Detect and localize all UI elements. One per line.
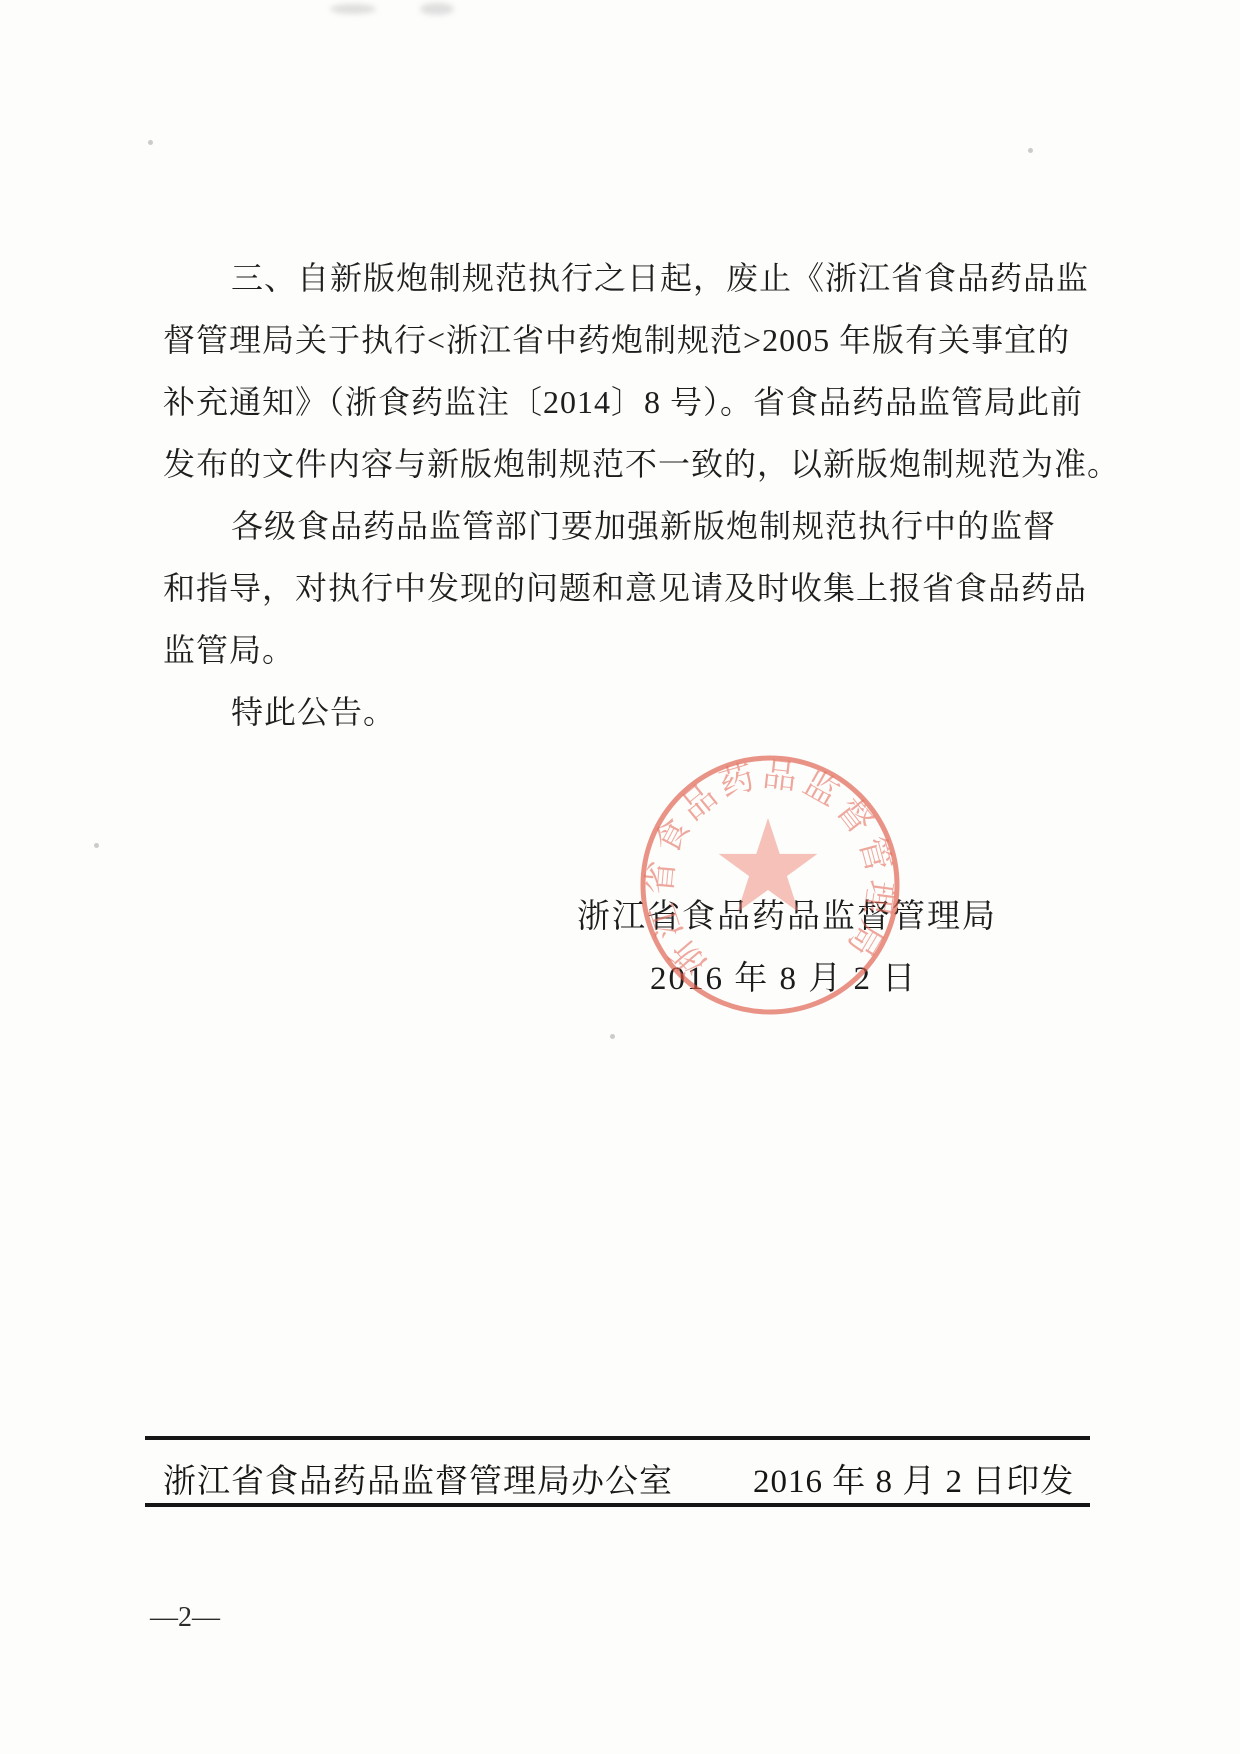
body-line: 和指导，对执行中发现的问题和意见请及时收集上报省食品药品	[163, 557, 1093, 619]
body-line: 三、自新版炮制规范执行之日起，废止《浙江省食品药品监	[163, 247, 1093, 309]
scan-speck	[148, 140, 153, 145]
body-line: 发布的文件内容与新版炮制规范不一致的，以新版炮制规范为准。	[163, 433, 1093, 495]
signature-date: 2016 年 8 月 2 日	[650, 952, 900, 999]
scan-speck	[610, 1034, 615, 1039]
scan-speck	[94, 843, 99, 848]
notice-body: 三、自新版炮制规范执行之日起，废止《浙江省食品药品监 督管理局关于执行<浙江省中…	[163, 247, 1093, 743]
body-line: 补充通知》（浙食药监注〔2014〕8 号）。省食品药品监管局此前	[163, 371, 1093, 433]
scan-artifact	[420, 3, 454, 15]
body-line: 督管理局关于执行<浙江省中药炮制规范>2005 年版有关事宜的	[163, 309, 1093, 371]
signature-org: 浙江省食品药品监督管理局	[577, 890, 987, 937]
scan-artifact	[330, 4, 376, 14]
body-line: 监管局。	[163, 619, 1093, 681]
page-number: —2—	[150, 1602, 220, 1634]
scan-speck	[1028, 148, 1033, 153]
footer-rule-top	[145, 1436, 1090, 1440]
footer-print-date: 2016 年 8 月 2 日印发	[753, 1455, 1074, 1502]
footer-issuer: 浙江省食品药品监督管理局办公室	[163, 1455, 673, 1502]
body-line: 特此公告。	[163, 681, 1093, 743]
body-line: 各级食品药品监管部门要加强新版炮制规范执行中的监督	[163, 495, 1093, 557]
footer-rule-bottom	[145, 1503, 1090, 1507]
document-page: 三、自新版炮制规范执行之日起，废止《浙江省食品药品监 督管理局关于执行<浙江省中…	[0, 0, 1240, 1754]
